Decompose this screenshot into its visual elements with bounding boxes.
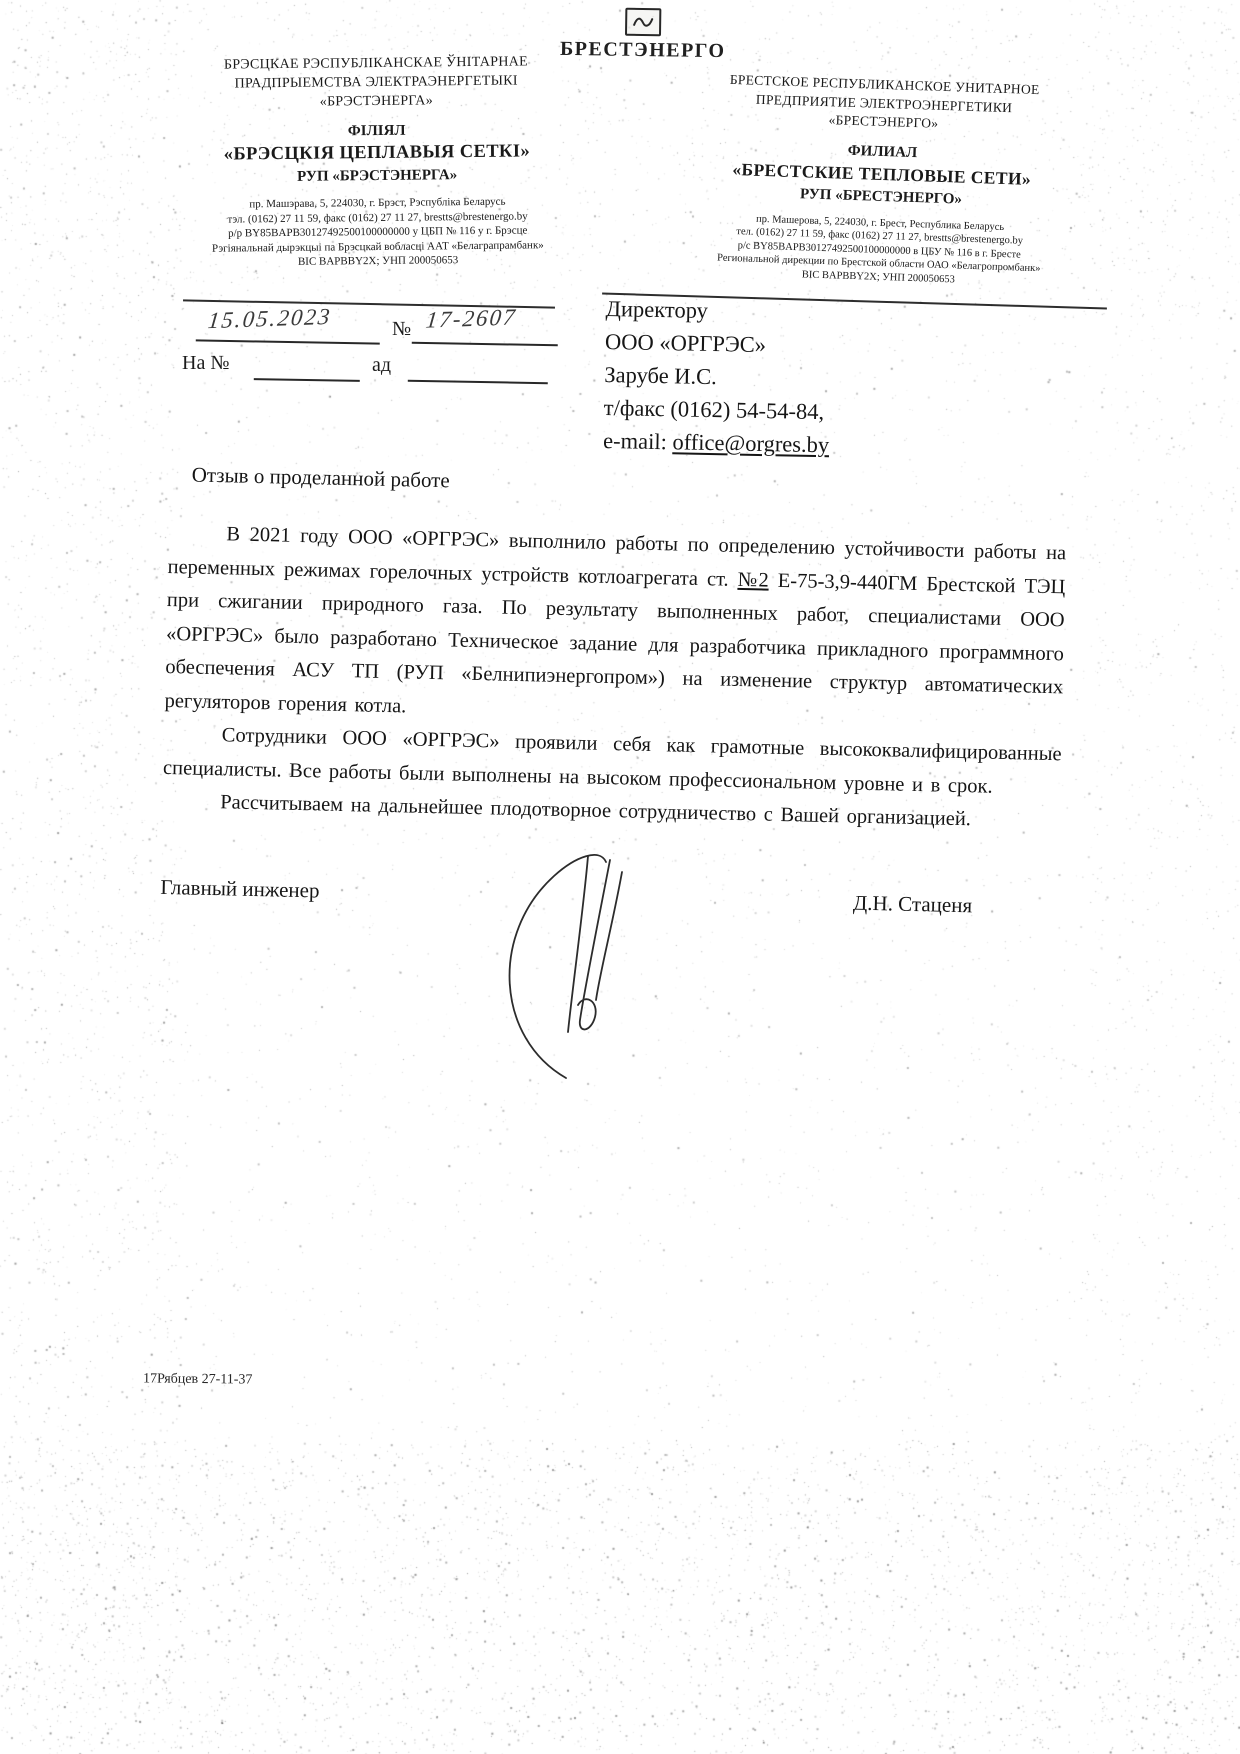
address-block: пр. Машэрава, 5, 224030, г. Брэст, Рэспу… — [178, 194, 577, 271]
stamp-squiggle-icon — [631, 14, 655, 30]
signature-scrawl — [488, 842, 708, 1082]
email-label: e-mail: — [603, 428, 667, 454]
date-underline — [196, 312, 380, 344]
signature-name: Д.Н. Стаценя — [853, 890, 973, 918]
letterhead-left: БРЭСЦКАЕ РЭСПУБЛІКАНСКАЕ ЎНІТАРНАЕ ПРАДП… — [177, 52, 577, 271]
recipient-line: Директору — [605, 292, 832, 329]
scanned-letter-page: { "brand": { "name": "БРЕСТЭНЕРГО", "log… — [0, 0, 1240, 1754]
email-value: office@orgres.by — [672, 429, 829, 457]
paragraph-1: В 2021 году ООО «ОРГРЭС» выполнило работ… — [164, 517, 1066, 738]
subject-title: Отзыв о проделанной работе — [191, 462, 1067, 507]
number-label: № — [392, 318, 411, 341]
reply-to-label: На № — [182, 352, 229, 375]
recipient-line: ООО «ОРГРЭС» — [605, 325, 832, 362]
letterhead-right: БРЕСТСКОЕ РЕСПУБЛИКАНСКОЕ УНИТАРНОЕ ПРЕД… — [641, 68, 1122, 292]
recipient-line: Зарубе И.С. — [604, 358, 831, 395]
branch-name: «БРЭСЦКІЯ ЦЕПЛАВЫЯ СЕТКІ» — [178, 139, 576, 168]
reply-number-underline — [254, 353, 360, 382]
letter-scan: БРЕСТЭНЕРГО БРЭСЦКАЕ РЭСПУБЛІКАНСКАЕ ЎНІ… — [0, 0, 1240, 1754]
reply-date-underline — [408, 355, 548, 384]
paragraph-1-end: Е-75-3,9-440ГМ Брестской ТЭЦ при сжигани… — [164, 569, 1065, 717]
brand-name: БРЕСТЭНЕРГО — [548, 38, 738, 64]
recipient-block: Директору ООО «ОРГРЭС» Зарубе И.С. т/фак… — [603, 292, 832, 461]
recipient-email-line: e-mail: office@orgres.by — [603, 424, 830, 461]
address-block: пр. Машерова, 5, 224030, г. Брест, Респу… — [641, 209, 1117, 292]
recipient-line: т/факс (0162) 54-54-84, — [603, 391, 830, 428]
footer-note: 17Рябцев 27-11-37 — [143, 1371, 253, 1388]
reply-from-label: ад — [372, 354, 391, 377]
signature-title: Главный инженер — [160, 874, 320, 903]
branch-org: РУП «БРЭСТЭНЕРГА» — [178, 164, 576, 189]
brand-stamp: БРЕСТЭНЕРГО — [548, 7, 739, 64]
number-underline — [412, 315, 558, 347]
boiler-number: №2 — [737, 568, 769, 591]
brand-logo-box — [625, 8, 661, 36]
